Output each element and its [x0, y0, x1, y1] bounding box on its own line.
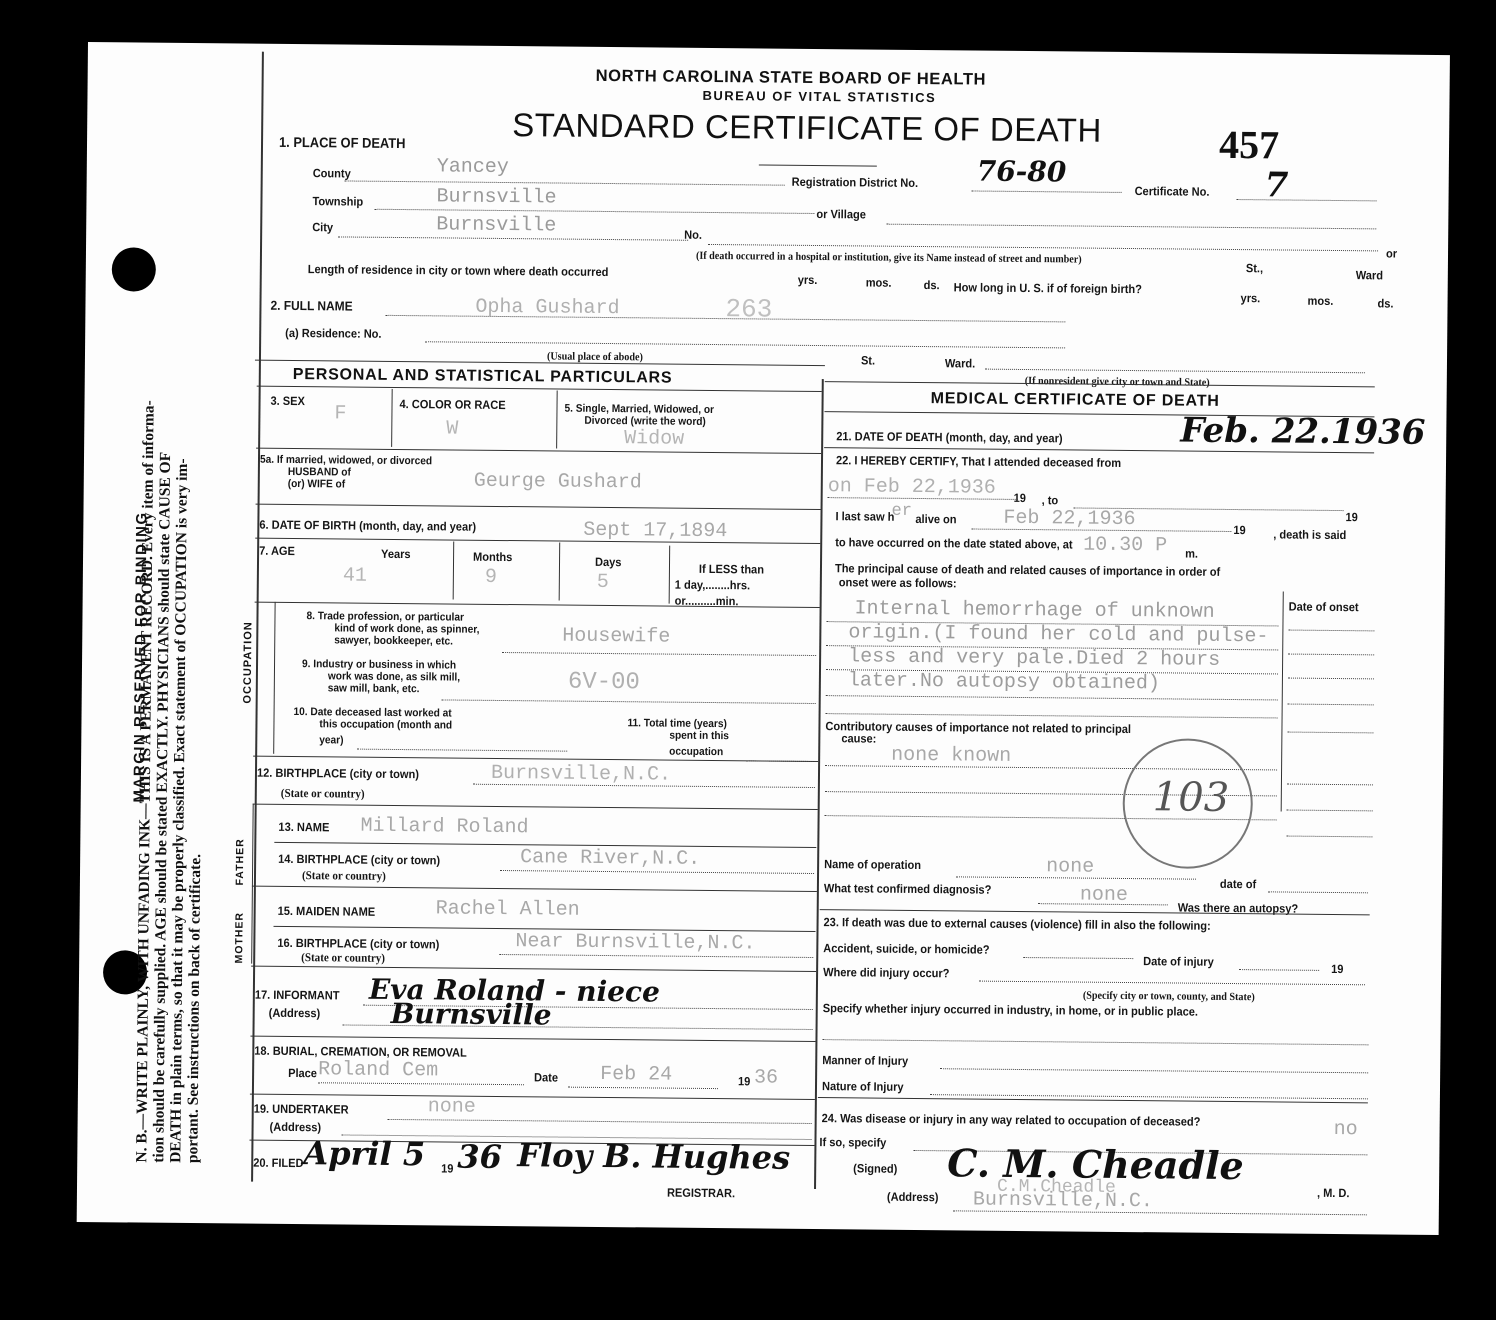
months-value[interactable]: 9 — [485, 566, 497, 589]
lastworked-label-2: this occupation (month and — [319, 718, 452, 731]
cell-divider — [391, 389, 393, 447]
undertaker-label: 19. UNDERTAKER — [254, 1102, 349, 1117]
injury-date-line — [1239, 969, 1319, 971]
spouse-label-3: (or) WIFE of — [288, 478, 345, 491]
title-underline — [759, 164, 877, 166]
cause-rule-4 — [826, 695, 1278, 700]
dob-label: 6. DATE OF BIRTH (month, day, and year) — [259, 518, 476, 534]
lastworked-label-3: year) — [319, 734, 343, 746]
occupation-question: 24. Was disease or injury in any way rel… — [822, 1111, 1201, 1129]
certify-label: 22. I HEREBY CERTIFY, That I attended de… — [836, 453, 1121, 470]
lastsaw-year: 19 — [1233, 523, 1245, 537]
operation-value[interactable]: none — [1046, 855, 1094, 878]
cell-divider — [556, 391, 558, 449]
residence-st-label: St. — [861, 353, 875, 367]
burial-year-prefix: 19 — [738, 1074, 750, 1088]
row-line — [257, 386, 822, 392]
to-year: 19 — [1345, 510, 1357, 524]
registrar-label: REGISTRAR. — [667, 1186, 735, 1201]
onset-rule-4 — [1288, 704, 1374, 706]
sex-value[interactable]: F — [334, 402, 346, 425]
marital-value[interactable]: Widow — [624, 427, 684, 451]
manner-line — [940, 1068, 1368, 1073]
foreign-ds: ds. — [1377, 296, 1393, 310]
onset-rule-7 — [1287, 810, 1373, 812]
personal-section-title: PERSONAL AND STATISTICAL PARTICULARS — [293, 366, 673, 388]
father-bp-value[interactable]: Cane River,N.C. — [520, 846, 700, 871]
trade-line — [502, 652, 816, 656]
md-label: , M. D. — [1317, 1186, 1350, 1200]
trade-label-1: 8. Trade profession, or particular — [306, 610, 464, 624]
row-line — [253, 756, 818, 762]
filed-label: 20. FILED — [253, 1156, 303, 1170]
mother-name-label: 15. MAIDEN NAME — [278, 904, 376, 919]
industry-line — [442, 699, 816, 704]
attended-from-value[interactable]: on Feb 22,1936 — [828, 475, 996, 500]
place-of-death-label: 1. PLACE OF DEATH — [279, 134, 406, 151]
death-certificate: MARGIN RESERVED FOR BINDING N. B.—WRITE … — [77, 42, 1450, 1235]
foreign-mos: mos. — [1308, 294, 1334, 308]
or-label: or — [1386, 246, 1397, 260]
cause-line-3[interactable]: less and very pale.Died 2 hours — [848, 645, 1220, 672]
township-label: Township — [312, 194, 363, 208]
onset-rule-2 — [1288, 654, 1374, 656]
ifso-label: If so, specify — [819, 1135, 886, 1150]
where-label: Where did injury occur? — [823, 965, 949, 980]
burial-date-label: Date — [534, 1070, 558, 1084]
cell-divider — [669, 546, 671, 604]
race-value[interactable]: W — [446, 417, 458, 440]
occurred-label: to have occurred on the date stated abov… — [835, 535, 1073, 551]
row-line — [253, 804, 818, 810]
village-line — [886, 224, 1376, 230]
birthplace-value[interactable]: Burnsville,N.C. — [491, 762, 671, 787]
ward-label: Ward — [1356, 268, 1383, 282]
dod-label: 21. DATE OF DEATH (month, day, and year) — [836, 429, 1062, 445]
cause-line-2[interactable]: origin.(I found her cold and pulse- — [848, 621, 1268, 648]
burial-label: 18. BURIAL, CREMATION, OR REMOVAL — [254, 1044, 467, 1060]
certificate-no-line — [1237, 199, 1377, 201]
city-value[interactable]: Burnsville — [436, 213, 556, 237]
residence-length-label: Length of residence in city or town wher… — [308, 262, 609, 279]
burial-place-line — [318, 1082, 524, 1085]
spouse-value[interactable]: Geurge Gushard — [474, 470, 642, 495]
totaltime-label-3: occupation — [669, 746, 723, 759]
date-of-label: date of — [1220, 877, 1256, 891]
full-name-value[interactable]: Opha Gushard — [475, 296, 619, 320]
onset-label: Date of onset — [1289, 600, 1359, 615]
operation-line — [956, 876, 1196, 879]
county-label: County — [313, 166, 351, 180]
filed-date-value[interactable]: April 5 — [303, 1134, 425, 1173]
section-divider-top — [255, 360, 825, 366]
mother-bp-state-label: (State or country) — [301, 950, 385, 966]
years-label: Years — [381, 547, 411, 561]
burial-date-line — [568, 1087, 718, 1089]
mother-bp-value[interactable]: Near Burnsville,N.C. — [515, 930, 755, 955]
cell-divider — [453, 542, 455, 600]
county-value[interactable]: Yancey — [437, 155, 509, 179]
principal-label-2: onset were as follows: — [839, 575, 957, 590]
burial-date-value[interactable]: Feb 24 — [600, 1063, 672, 1087]
margin-instructions: N. B.—WRITE PLAINLY, WITH UNFADING INK—T… — [133, 400, 208, 1163]
lastsaw-pronoun[interactable]: er — [891, 502, 912, 521]
row-line — [252, 886, 817, 892]
hospital-note: (If death occurred in a hospital or inst… — [696, 250, 1082, 266]
foreign-birth-label: How long in U. S. if of foreign birth? — [954, 280, 1142, 296]
full-name-annotation: 263 — [725, 294, 772, 324]
township-value[interactable]: Burnsville — [436, 185, 556, 209]
onset-divider — [1281, 591, 1284, 811]
specify-note: (Specify city or town, county, and State… — [1083, 990, 1255, 1004]
totaltime-label-1: 11. Total time (years) — [627, 717, 726, 730]
lastsaw-line — [971, 529, 1231, 532]
cause-line-4[interactable]: later.No autopsy obtained) — [848, 669, 1160, 695]
totaltime-label-2: spent in this — [669, 730, 729, 743]
burial-place-label: Place — [288, 1066, 317, 1080]
street-no-label: No. — [684, 228, 702, 242]
village-label: or Village — [816, 207, 866, 221]
father-bp-line — [500, 870, 814, 874]
external-label: 23. If death was due to external causes … — [824, 915, 1211, 933]
time-value[interactable]: 10.30 P — [1083, 534, 1167, 558]
full-name-label: 2. FULL NAME — [270, 298, 352, 314]
certificate-no-value[interactable]: 7 — [1264, 165, 1288, 205]
row-line — [255, 538, 820, 544]
attended-year: 19 — [1014, 491, 1026, 505]
cause-line-1[interactable]: Internal hemorrhage of unknown — [854, 597, 1214, 623]
contrib-label-2: cause: — [841, 731, 876, 745]
to-label: , to — [1042, 493, 1059, 507]
occupation-divider — [273, 602, 275, 754]
industry-label-1: 9. Industry or business in which — [302, 658, 456, 671]
trade-label-3: sawyer, bookkeeper, etc. — [334, 634, 453, 647]
residence-ward-label: Ward. — [945, 356, 975, 370]
alive-on-label: alive on — [915, 512, 956, 526]
residence-ds: ds. — [924, 278, 940, 292]
stamped-number: 457 — [1219, 121, 1279, 169]
burial-place-value[interactable]: Roland Cem — [318, 1058, 438, 1082]
father-bp-label: 14. BIRTHPLACE (city or town) — [278, 852, 440, 868]
informant-address-label: (Address) — [269, 1006, 321, 1020]
injury-date-label: Date of injury — [1143, 954, 1214, 969]
onset-rule-5 — [1287, 732, 1373, 734]
residence-yrs: yrs. — [798, 273, 818, 287]
lastsaw-date-value[interactable]: Feb 22,1936 — [1003, 507, 1135, 531]
undertaker-address-label: (Address) — [270, 1120, 322, 1134]
father-bp-state-label: (State or country) — [302, 868, 386, 884]
spouse-label-2: HUSBAND of — [288, 466, 351, 479]
death-said-label: , death is said — [1273, 527, 1346, 542]
age-label: 7. AGE — [259, 544, 295, 558]
cause-rule-5 — [826, 713, 1278, 718]
father-side-label: FATHER — [234, 838, 246, 885]
county-line — [345, 180, 785, 185]
lastworked-label-1: 10. Date deceased last worked at — [294, 706, 452, 720]
registration-district-line — [972, 190, 1122, 192]
cell-divider — [559, 543, 561, 601]
accident-label: Accident, suicide, or homicide? — [823, 941, 989, 957]
marital-label-2: Divorced (write the word) — [584, 415, 706, 428]
row-line — [250, 1036, 815, 1042]
race-label: 4. COLOR OR RACE — [399, 397, 505, 412]
row-line — [250, 1094, 815, 1100]
residence-label: (a) Residence: No. — [285, 326, 381, 341]
foreign-yrs: yrs. — [1241, 291, 1261, 305]
registration-district-value[interactable]: 76-80 — [977, 155, 1067, 189]
father-name-label: 13. NAME — [278, 820, 329, 834]
onset-rule-3 — [1288, 678, 1374, 680]
filed-year-value[interactable]: 36 — [457, 1138, 502, 1176]
row-line — [256, 504, 821, 510]
nature-label: Nature of Injury — [822, 1079, 904, 1094]
registration-district-label: Registration District No. — [792, 175, 918, 190]
manner-label: Manner of Injury — [822, 1053, 908, 1068]
mother-name-value[interactable]: Rachel Allen — [436, 897, 580, 921]
physician-address-value[interactable]: Burnsville,N.C. — [973, 1189, 1153, 1214]
nonresident-line — [985, 369, 1365, 374]
abode-note: (Usual place of abode) — [547, 350, 643, 363]
days-label: Days — [595, 555, 622, 569]
trade-value[interactable]: Housewife — [562, 625, 670, 649]
lastsaw-label: I last saw h — [835, 509, 894, 524]
residence-mos: mos. — [866, 275, 892, 289]
less-label-2: 1 day,........hrs. — [675, 578, 750, 593]
whether-label: Specify whether injury occurred in indus… — [823, 1001, 1198, 1019]
mother-side-label: MOTHER — [233, 912, 245, 964]
registrar-signature[interactable]: Floy B. Hughes — [517, 1136, 790, 1177]
occupation-answer[interactable]: no — [1334, 1118, 1358, 1141]
st-label: St., — [1246, 261, 1263, 275]
burial-year-value[interactable]: 36 — [754, 1066, 778, 1089]
binding-hole-top — [112, 247, 156, 291]
medical-section-title: MEDICAL CERTIFICATE OF DEATH — [931, 390, 1220, 411]
industry-value[interactable]: 6V-00 — [568, 669, 640, 697]
onset-rule-6 — [1287, 784, 1373, 786]
nonresident-note: (If nonresident give city or town and St… — [1025, 375, 1210, 389]
margin-border — [251, 52, 264, 1182]
accident-line — [1023, 957, 1133, 959]
spouse-label-1: 5a. If married, widowed, or divorced — [260, 454, 432, 468]
birthplace-label: 12. BIRTHPLACE (city or town) — [257, 766, 419, 782]
whether-line — [822, 1039, 1368, 1045]
industry-label-3: saw mill, bank, etc. — [328, 682, 420, 695]
physician-address-line — [953, 1210, 1367, 1215]
less-label-1: If LESS than — [699, 562, 764, 577]
informant-label: 17. INFORMANT — [255, 988, 340, 1003]
dob-value[interactable]: Sept 17,1894 — [583, 519, 727, 543]
stamp-number: 103 — [1153, 774, 1230, 821]
operation-label: Name of operation — [824, 857, 921, 872]
sex-label: 3. SEX — [270, 394, 305, 408]
column-divider — [814, 379, 824, 1189]
onset-rule-8 — [1286, 836, 1372, 838]
test-label: What test confirmed diagnosis? — [824, 881, 992, 897]
dod-value[interactable]: Feb. 22.1936 — [1180, 411, 1426, 453]
date-of-line — [1268, 891, 1368, 893]
where-line — [979, 981, 1365, 986]
father-name-value[interactable]: Millard Roland — [360, 815, 528, 840]
residence-line — [425, 341, 1065, 348]
undertaker-line — [388, 1119, 812, 1124]
city-label: City — [312, 220, 333, 234]
signed-label: (Signed) — [853, 1161, 897, 1175]
m-label: m. — [1185, 547, 1198, 561]
row-line — [256, 448, 821, 454]
certificate-no-label: Certificate No. — [1135, 184, 1210, 199]
undertaker-value[interactable]: none — [428, 1095, 476, 1118]
filed-year-prefix: 19 — [441, 1161, 453, 1175]
certificate-title: STANDARD CERTIFICATE OF DEATH — [512, 106, 1102, 150]
days-value[interactable]: 5 — [597, 571, 609, 594]
contrib-value[interactable]: none known — [891, 744, 1011, 768]
physician-address-label: (Address) — [887, 1190, 939, 1204]
mother-bp-line — [499, 954, 813, 958]
row-line — [251, 966, 816, 972]
bureau-name: BUREAU OF VITAL STATISTICS — [702, 88, 936, 105]
board-name: NORTH CAROLINA STATE BOARD OF HEALTH — [596, 67, 987, 90]
mother-bp-label: 16. BIRTHPLACE (city or town) — [277, 936, 439, 952]
months-label: Months — [473, 550, 512, 564]
birthplace-state-label: (State or country) — [281, 786, 365, 802]
onset-rule-1 — [1288, 630, 1374, 632]
occupation-side-label: OCCUPATION — [242, 621, 255, 703]
years-value[interactable]: 41 — [343, 564, 367, 587]
injury-year-label: 19 — [1331, 962, 1343, 976]
lastworked-line — [357, 749, 567, 752]
